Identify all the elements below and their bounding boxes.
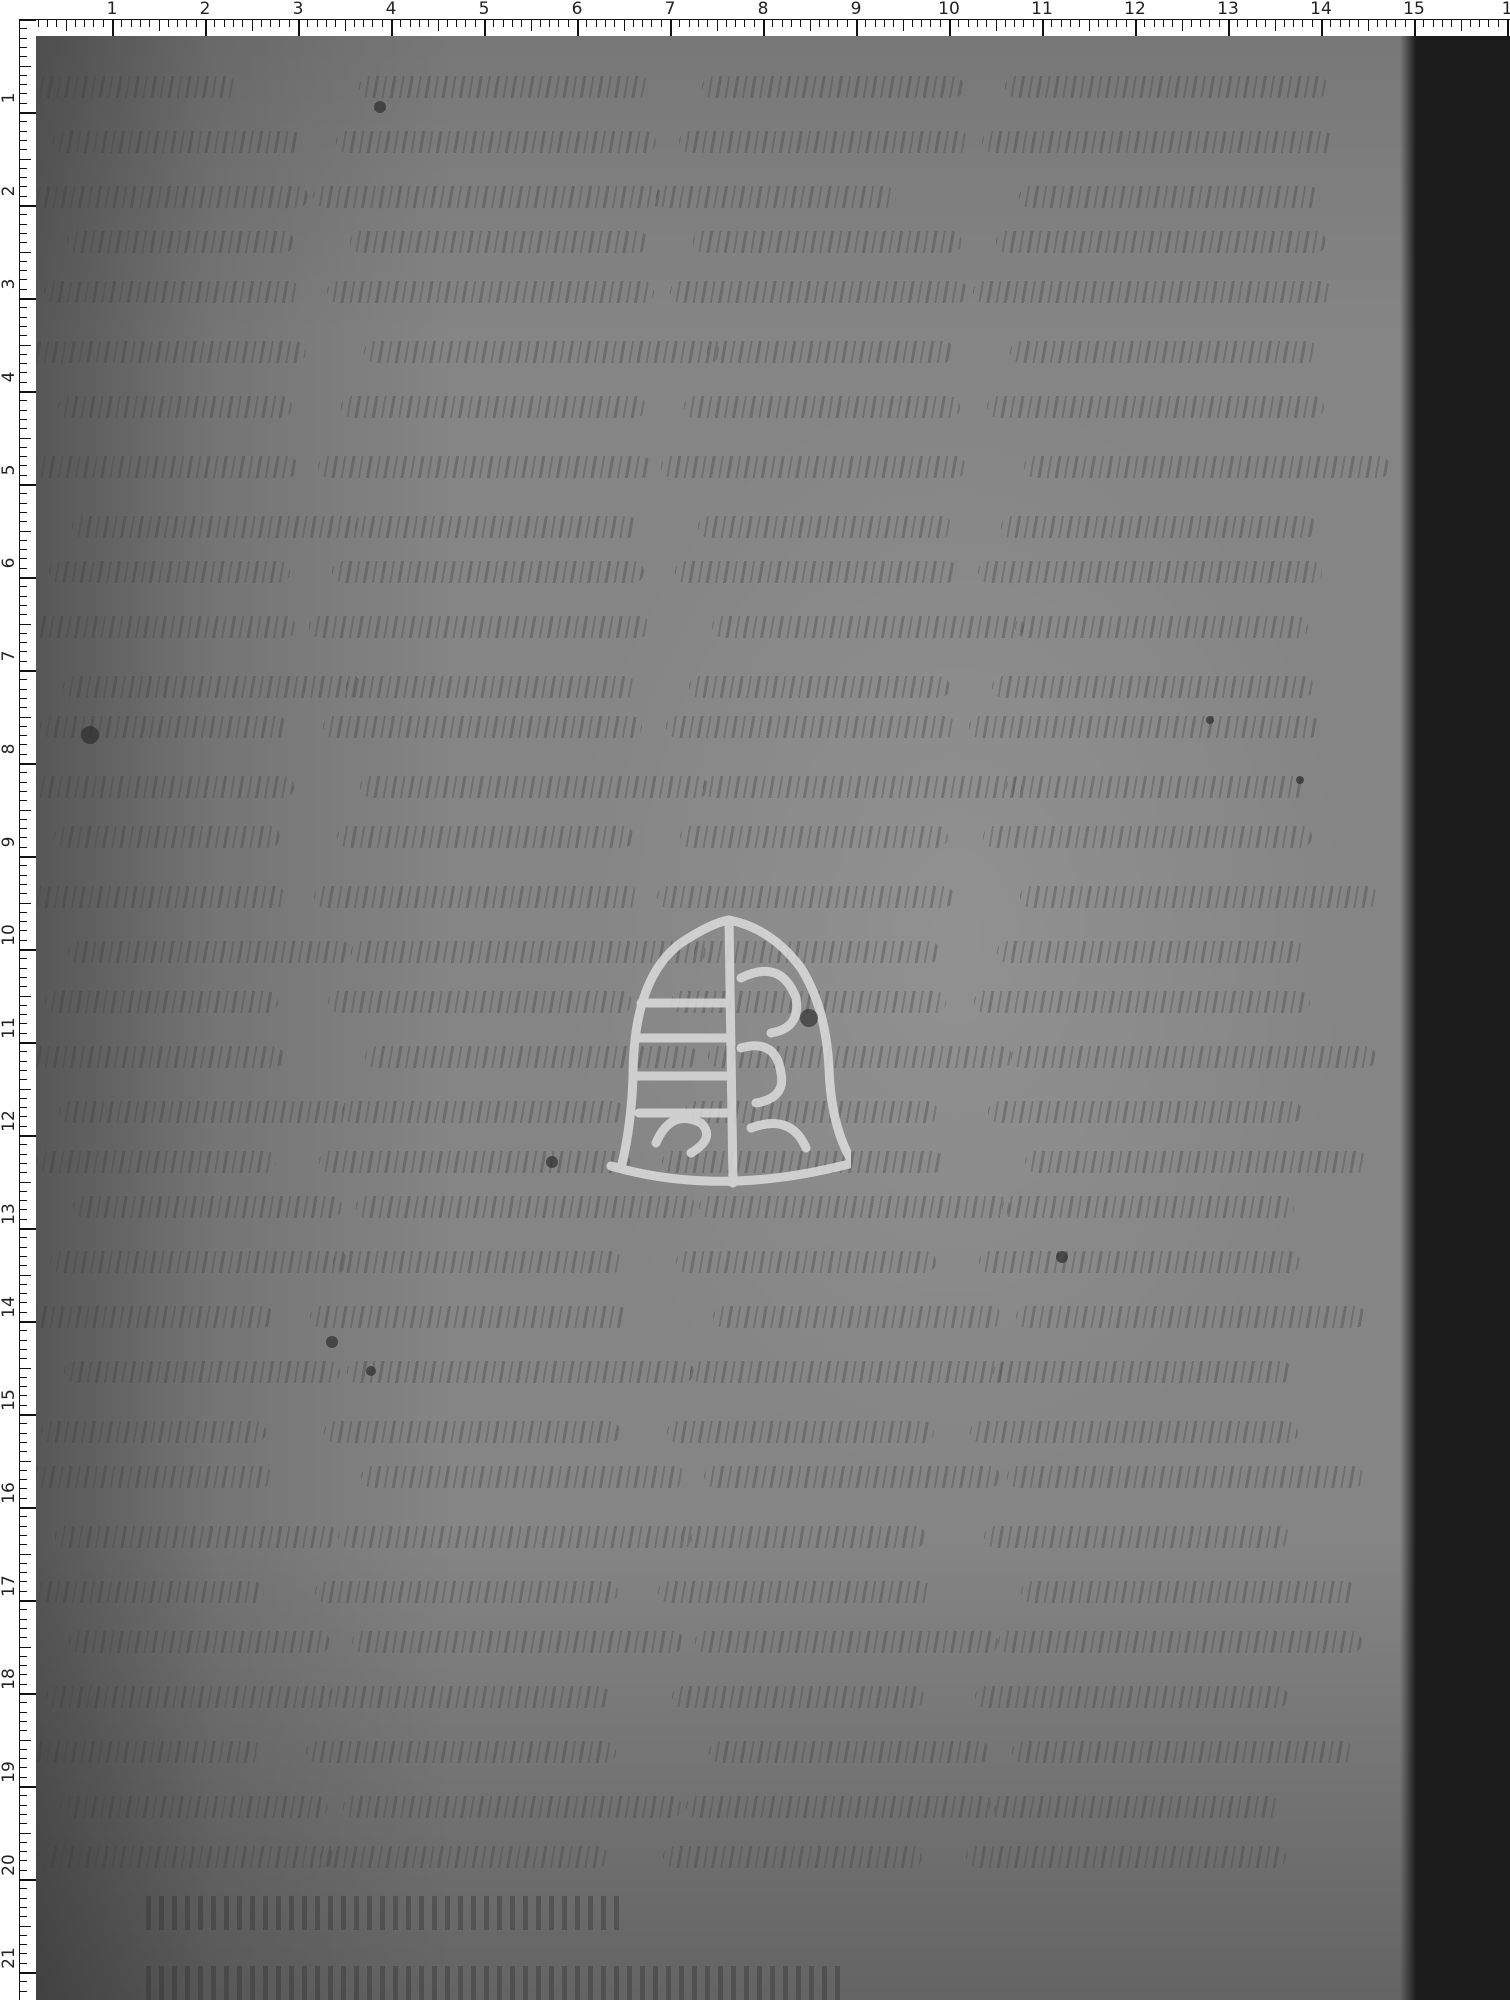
ruler-tick — [20, 1368, 31, 1369]
handwriting-line — [350, 231, 648, 253]
ruler-tick — [20, 707, 27, 708]
handwriting-line — [996, 231, 1326, 253]
ruler-tick — [20, 428, 27, 429]
ruler-tick — [1107, 20, 1108, 27]
ruler-tick — [20, 1972, 36, 1974]
ruler-tick — [20, 1256, 27, 1257]
ruler-tick — [1163, 20, 1164, 27]
ruler-tick — [20, 893, 27, 894]
handwriting-line — [1021, 1581, 1356, 1603]
ruler-tick — [1256, 20, 1257, 27]
ruler-tick — [20, 66, 31, 67]
ruler-tick — [354, 20, 355, 27]
ruler-tick — [503, 20, 504, 27]
handwriting-line — [693, 231, 962, 253]
ruler-tick — [20, 521, 27, 522]
ruler-tick — [20, 1823, 27, 1824]
ruler-tick — [884, 20, 885, 27]
ruler-tick — [1479, 20, 1480, 27]
ruler-tick — [20, 1135, 36, 1137]
ruler-tick — [568, 20, 569, 27]
ruler-tick — [20, 1089, 31, 1090]
ruler-tick — [20, 1749, 27, 1750]
ruler-tick — [1275, 20, 1276, 31]
ruler-tick — [20, 1777, 27, 1778]
ruler-tick — [782, 20, 783, 27]
ruler-tick — [493, 20, 494, 27]
ruler-tick — [20, 252, 31, 253]
ruler-tick — [20, 1302, 27, 1303]
ruler-tick — [1079, 20, 1080, 27]
ruler-tick — [1395, 20, 1396, 27]
ruler-tick — [20, 1172, 27, 1173]
ruler-tick — [1228, 20, 1230, 36]
ruler-tick — [1461, 20, 1462, 31]
ruler-tick — [20, 1488, 27, 1489]
ruler-tick — [20, 503, 27, 504]
ruler-tick — [20, 214, 27, 215]
ruler-label: 12 — [0, 1110, 18, 1132]
ruler-tick — [20, 1860, 27, 1861]
ruler-tick — [20, 1898, 27, 1899]
ruler-tick — [20, 1870, 27, 1871]
ruler-tick — [20, 1991, 27, 1992]
ruler-tick — [20, 326, 27, 327]
ruler-tick — [289, 20, 290, 27]
ruler-tick — [717, 20, 718, 31]
ruler-tick — [763, 20, 765, 36]
ruler-tick — [20, 242, 27, 243]
ruler-tick — [754, 20, 755, 27]
ruler-tick — [20, 940, 27, 941]
ruler-tick — [279, 20, 280, 27]
ruler-tick — [75, 20, 76, 27]
handwriting-line — [1005, 76, 1328, 98]
ruler-tick — [875, 20, 876, 27]
handwriting-line — [1011, 1046, 1376, 1068]
ruler-tick — [20, 1674, 27, 1675]
handwriting-line — [690, 1361, 1008, 1383]
ruler-tick — [828, 20, 829, 27]
ruler-label: 7 — [665, 0, 676, 18]
ruler-tick — [20, 205, 36, 207]
horizontal-ruler: 01234567891011121314151 — [0, 0, 1510, 36]
handwriting-line — [50, 1251, 348, 1273]
ruler-label: 18 — [0, 1668, 18, 1690]
ruler-tick — [20, 875, 27, 876]
handwriting-line — [347, 1361, 694, 1383]
ruler-label: 2 — [0, 180, 18, 202]
ruler-tick — [20, 1953, 27, 1954]
ruler-tick — [20, 56, 27, 57]
ruler-tick — [1340, 20, 1341, 27]
ruler-tick — [1349, 20, 1350, 27]
ruler-tick — [20, 1526, 27, 1527]
ruler-tick — [1182, 20, 1183, 31]
handwriting-line — [41, 1421, 266, 1443]
ruler-tick — [20, 1721, 27, 1722]
ruler-tick — [20, 596, 27, 597]
ruler-tick — [56, 20, 57, 27]
ruler-tick — [20, 1237, 27, 1238]
ruler-tick — [1051, 20, 1052, 27]
ruler-tick — [20, 484, 36, 486]
ruler-tick — [642, 20, 643, 27]
ruler-label: 14 — [1310, 0, 1332, 18]
ruler-tick — [958, 20, 959, 27]
handwriting-line — [67, 231, 294, 253]
ruler-tick — [20, 531, 31, 532]
ruler-tick — [20, 1470, 27, 1471]
ruler-tick — [20, 382, 27, 383]
ruler-tick — [20, 819, 27, 820]
ink-spot — [81, 726, 99, 744]
handwriting-line — [332, 561, 644, 583]
ruler-tick — [20, 1405, 27, 1406]
handwriting-line — [356, 1196, 696, 1218]
ruler-tick — [819, 20, 820, 27]
handwriting-line — [36, 776, 294, 798]
ruler-tick — [20, 605, 27, 606]
ruler-tick — [20, 465, 27, 466]
ruler-tick — [20, 586, 27, 587]
ruler-tick — [20, 986, 27, 987]
ruler-tick — [20, 884, 27, 885]
ruler-tick — [1200, 20, 1201, 27]
ruler-tick — [20, 1842, 27, 1843]
ruler-label: 6 — [572, 0, 583, 18]
ruler-tick — [1405, 20, 1406, 27]
ruler-tick — [20, 1656, 27, 1657]
ruler-tick — [20, 1609, 27, 1610]
ruler-tick — [121, 20, 122, 27]
ruler-label: 7 — [0, 645, 18, 667]
ruler-label: 2 — [200, 0, 211, 18]
ruler-tick — [1442, 20, 1443, 27]
ruler-label: 1 — [0, 87, 18, 109]
handwriting-line — [1012, 1741, 1354, 1763]
ruler-tick — [893, 20, 894, 27]
handwriting-line — [343, 1796, 682, 1818]
handwriting-line — [670, 281, 968, 303]
handwriting-line — [704, 1466, 1000, 1488]
ink-spot — [1296, 776, 1304, 784]
ruler-tick — [586, 20, 587, 27]
handwriting-line — [974, 991, 1310, 1013]
ruler-tick — [20, 1572, 27, 1573]
ruler-tick — [270, 20, 271, 27]
ruler-tick — [726, 20, 727, 27]
ruler-tick — [363, 20, 364, 27]
ruler-tick — [20, 317, 27, 318]
ruler-tick — [531, 20, 532, 31]
ruler-label: 13 — [1217, 0, 1239, 18]
ruler-tick — [20, 1637, 27, 1638]
ruler-tick — [20, 186, 27, 187]
ruler-tick — [20, 1340, 27, 1341]
handwriting-line — [667, 1421, 934, 1443]
ruler-tick — [84, 20, 85, 27]
ruler-tick — [20, 1312, 27, 1313]
ruler-tick — [1005, 20, 1006, 27]
ruler-tick — [20, 1916, 27, 1917]
handwriting-line — [1006, 776, 1306, 798]
ruler-tick — [447, 20, 448, 27]
handwriting-line — [1020, 886, 1378, 908]
ruler-tick — [20, 670, 36, 672]
ruler-tick — [20, 837, 27, 838]
ruler-tick — [20, 1107, 27, 1108]
ruler-tick — [996, 20, 997, 31]
handwriting-line — [364, 341, 720, 363]
ruler-tick — [149, 20, 150, 27]
handwriting-line — [661, 456, 966, 478]
ruler-tick — [20, 772, 27, 773]
handwriting-line — [695, 1631, 998, 1653]
handwriting-line — [993, 1361, 1292, 1383]
ruler-tick — [1116, 20, 1117, 27]
ruler-tick — [1312, 20, 1313, 27]
ruler-tick — [772, 20, 773, 27]
ruler-tick — [1507, 20, 1509, 36]
ruler-tick — [20, 1423, 27, 1424]
ruler-tick — [196, 20, 197, 27]
handwriting-line — [36, 186, 308, 208]
handwriting-line — [49, 561, 290, 583]
ruler-label: 15 — [0, 1389, 18, 1411]
ruler-tick — [20, 1200, 27, 1201]
ruler-tick — [20, 1758, 27, 1759]
handwriting-line — [36, 76, 236, 98]
ruler-tick — [521, 20, 522, 27]
ruler-tick — [20, 159, 31, 160]
ruler-label: 16 — [0, 1482, 18, 1504]
ruler-tick — [317, 20, 318, 27]
ruler-tick — [1154, 20, 1155, 27]
ruler-tick — [20, 1684, 27, 1685]
printed-text-line — [146, 1896, 626, 1930]
ruler-tick — [20, 391, 36, 393]
ruler-tick — [20, 930, 27, 931]
ruler-tick — [20, 1051, 27, 1052]
ruler-tick — [20, 1730, 27, 1731]
ruler-tick — [20, 1321, 36, 1323]
ruler-tick — [20, 196, 27, 197]
ruler-tick — [20, 651, 27, 652]
ruler-tick — [20, 1182, 31, 1183]
ruler-tick — [20, 354, 27, 355]
ruler-tick — [159, 20, 160, 31]
ruler-tick — [177, 20, 178, 27]
ruler-tick — [949, 20, 951, 36]
ruler-tick — [1191, 20, 1192, 27]
handwriting-line — [45, 991, 278, 1013]
ruler-tick — [20, 372, 27, 373]
ruler-label: 5 — [0, 459, 18, 481]
handwriting-line — [1016, 1306, 1366, 1328]
ruler-tick — [1089, 20, 1090, 31]
ruler-tick — [168, 20, 169, 27]
ruler-tick — [20, 1144, 27, 1145]
ruler-tick — [20, 1079, 27, 1080]
ruler-tick — [214, 20, 215, 27]
handwriting-line — [361, 1466, 686, 1488]
handwriting-line — [40, 716, 288, 738]
ruler-tick — [20, 1814, 27, 1815]
ruler-tick — [20, 84, 27, 85]
handwriting-line — [1002, 1196, 1294, 1218]
ruler-tick — [1330, 20, 1331, 27]
ruler-tick — [20, 1581, 27, 1582]
ruler-tick — [93, 20, 94, 27]
ruler-tick — [20, 47, 27, 48]
ruler-tick — [20, 168, 27, 169]
dark-background-edge — [1400, 36, 1510, 2000]
ruler-tick — [20, 744, 27, 745]
ruler-tick — [661, 20, 662, 27]
ink-spot — [1206, 716, 1214, 724]
ruler-tick — [20, 140, 27, 141]
ruler-tick — [735, 20, 736, 27]
ruler-tick — [400, 20, 401, 27]
ruler-tick — [438, 20, 439, 31]
ruler-tick — [20, 1554, 31, 1555]
ink-spot — [546, 1156, 558, 1168]
ruler-tick — [856, 20, 858, 36]
ruler-tick — [20, 1535, 27, 1536]
ruler-tick — [20, 363, 27, 364]
ruler-tick — [103, 20, 104, 27]
ruler-tick — [20, 1740, 31, 1741]
ruler-tick — [1498, 20, 1499, 27]
ruler-label: 6 — [0, 552, 18, 574]
ruler-tick — [20, 456, 27, 457]
ruler-tick — [20, 307, 27, 308]
ruler-tick — [465, 20, 466, 27]
ink-spot — [326, 1336, 338, 1348]
ruler-tick — [20, 1935, 27, 1936]
handwriting-line — [672, 1686, 924, 1708]
ruler-tick — [20, 726, 27, 727]
handwriting-line — [329, 1686, 610, 1708]
handwriting-line — [37, 1846, 334, 1868]
ruler-tick — [20, 1767, 27, 1768]
handwriting-line — [1025, 1151, 1368, 1173]
ruler-tick — [20, 1795, 27, 1796]
ruler-tick — [20, 903, 31, 904]
handwriting-line — [360, 776, 708, 798]
ruler-tick — [20, 121, 27, 122]
ruler-tick — [986, 20, 987, 27]
ruler-tick — [20, 419, 27, 420]
handwriting-line — [709, 1741, 990, 1763]
ruler-tick — [20, 75, 27, 76]
ruler-label: 15 — [1403, 0, 1425, 18]
ruler-tick — [20, 1479, 27, 1480]
handwriting-line — [979, 1251, 1300, 1273]
ruler-tick — [20, 754, 27, 755]
ruler-tick — [20, 410, 27, 411]
ruler-tick — [20, 28, 27, 29]
ruler-tick — [20, 1070, 27, 1071]
handwriting-line — [966, 1846, 1286, 1868]
ruler-tick — [20, 558, 27, 559]
handwriting-line — [324, 1421, 620, 1443]
handwriting-line — [36, 1046, 284, 1068]
ruler-tick — [20, 1944, 27, 1945]
ruler-tick — [20, 1879, 36, 1881]
handwriting-line — [663, 1846, 922, 1868]
ruler-tick — [1209, 20, 1210, 27]
ruler-label: 12 — [1124, 0, 1146, 18]
ruler-tick — [20, 540, 27, 541]
ruler-tick — [596, 20, 597, 27]
ruler-label: 1 — [107, 0, 118, 18]
ruler-tick — [20, 782, 27, 783]
handwriting-line — [346, 676, 636, 698]
ruler-tick — [1014, 20, 1015, 27]
ruler-tick — [20, 1712, 27, 1713]
ruler-tick — [1023, 20, 1024, 27]
ruler-tick — [1284, 20, 1285, 27]
ruler-tick — [20, 1498, 27, 1499]
ruler-tick — [20, 1833, 31, 1834]
ruler-tick — [930, 20, 931, 27]
handwriting-line — [689, 676, 950, 698]
handwriting-line — [310, 1306, 628, 1328]
ruler-tick — [1135, 20, 1137, 36]
ruler-tick — [382, 20, 383, 27]
ruler-tick — [391, 20, 393, 36]
ruler-tick — [1061, 20, 1062, 27]
ruler-tick — [233, 20, 234, 27]
handwriting-line — [703, 776, 1022, 798]
ruler-label: 11 — [1031, 0, 1053, 18]
ruler-tick — [20, 1888, 27, 1889]
ruler-tick — [20, 865, 27, 866]
handwriting-line — [984, 1526, 1290, 1548]
ruler-tick — [20, 1665, 27, 1666]
ruler-tick — [20, 847, 27, 848]
ruler-tick — [20, 1284, 27, 1285]
ruler-tick — [1144, 20, 1145, 27]
ruler-tick — [20, 1098, 27, 1099]
ruler-tick — [224, 20, 225, 27]
ruler-tick — [1070, 20, 1071, 27]
handwriting-line — [698, 516, 952, 538]
ruler-tick — [1423, 20, 1424, 27]
ruler-tick — [20, 810, 31, 811]
ruler-tick — [651, 20, 652, 27]
ruler-label: 4 — [0, 366, 18, 388]
ruler-tick — [549, 20, 550, 27]
handwriting-line — [69, 1631, 330, 1653]
ruler-tick — [20, 1619, 27, 1620]
handwriting-line — [1024, 456, 1390, 478]
ruler-label: 20 — [0, 1854, 18, 1876]
ruler-tick — [205, 20, 207, 36]
ruler-tick — [20, 1023, 27, 1024]
ruler-tick — [810, 20, 811, 31]
ruler-tick — [20, 1377, 27, 1378]
handwriting-line — [306, 1741, 616, 1763]
ruler-tick — [624, 20, 625, 31]
ruler-tick — [20, 177, 27, 178]
ruler-tick — [20, 958, 27, 959]
ruler-tick — [20, 633, 27, 634]
handwriting-line — [36, 1741, 262, 1763]
ruler-tick — [1368, 20, 1369, 31]
